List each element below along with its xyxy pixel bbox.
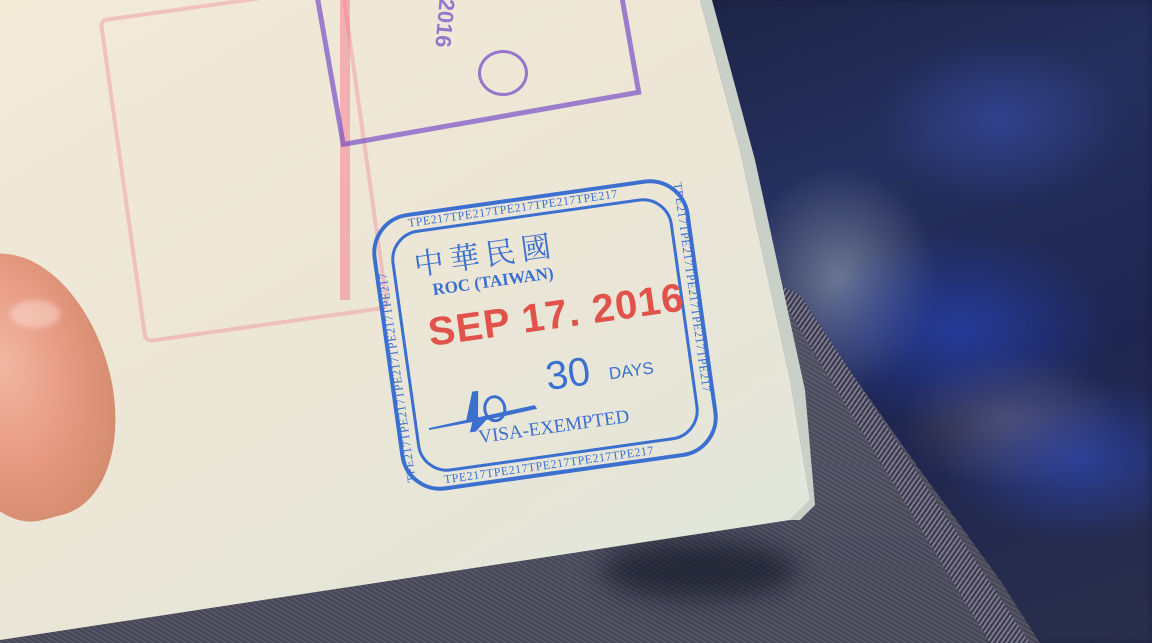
passport-shadow <box>600 540 800 600</box>
entry-stamp: TPE217TPE217TPE217TPE217TPE217 TPE217TPE… <box>367 174 723 496</box>
stamp-duration-number: 30 <box>543 349 593 400</box>
old-stamp-circle-icon <box>478 50 528 96</box>
old-stamp-year: 2016 <box>429 0 459 49</box>
finger-highlight <box>10 300 60 328</box>
